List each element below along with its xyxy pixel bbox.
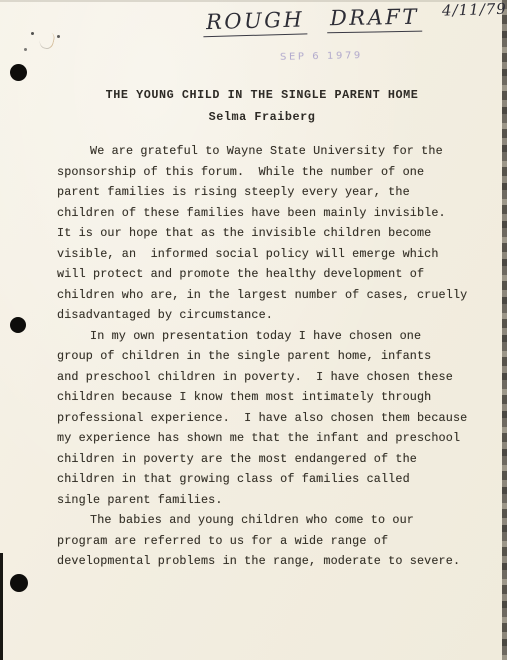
- title-block: THE YOUNG CHILD IN THE SINGLE PARENT HOM…: [57, 89, 467, 123]
- body-line: In my own presentation today I have chos…: [57, 326, 469, 347]
- body-line: parent families is rising steeply every …: [57, 182, 469, 203]
- body-line: children in poverty are the most endange…: [57, 449, 469, 470]
- body-line: disadvantaged by circumstance.: [57, 305, 469, 326]
- body-line: children who are, in the largest number …: [57, 285, 469, 306]
- body-line: The babies and young children who come t…: [57, 510, 469, 531]
- handwritten-date: 4/11/79: [442, 0, 507, 20]
- date-stamp: SEP 6 1979: [280, 50, 363, 63]
- body-line: my experience has shown me that the infa…: [57, 428, 469, 449]
- pencil-mark: [57, 35, 60, 38]
- body-line: It is our hope that as the invisible chi…: [57, 223, 469, 244]
- body-line: professional experience. I have also cho…: [57, 408, 469, 429]
- handwritten-annotation: ROUGH DRAFT 4/11/79: [203, 2, 507, 37]
- pencil-squiggle: [38, 31, 56, 51]
- body-line: children of these families have been mai…: [57, 203, 469, 224]
- binder-dot-bottom: [10, 574, 28, 592]
- body-line: sponsorship of this forum. While the num…: [57, 162, 469, 183]
- pencil-mark: [24, 48, 27, 51]
- binder-dot-middle: [10, 317, 26, 333]
- body-line: children because I know them most intima…: [57, 387, 469, 408]
- scan-edge-right: [502, 0, 507, 660]
- handwritten-word-draft: DRAFT: [327, 5, 422, 34]
- body-line: visible, an informed social policy will …: [57, 244, 469, 265]
- body-line: We are grateful to Wayne State Universit…: [57, 141, 469, 162]
- document-title: THE YOUNG CHILD IN THE SINGLE PARENT HOM…: [57, 89, 467, 101]
- pencil-mark: [31, 32, 34, 35]
- body-line: and preschool children in poverty. I hav…: [57, 367, 469, 388]
- body-line: developmental problems in the range, mod…: [57, 551, 469, 572]
- scan-edge-left-bottom: [0, 553, 3, 660]
- body-line: children in that growing class of famili…: [57, 469, 469, 490]
- document-author: Selma Fraiberg: [57, 111, 467, 123]
- body-line: will protect and promote the healthy dev…: [57, 264, 469, 285]
- body-line: group of children in the single parent h…: [57, 346, 469, 367]
- body-line: program are referred to us for a wide ra…: [57, 531, 469, 552]
- document-body: We are grateful to Wayne State Universit…: [57, 141, 469, 572]
- scanned-document-page: ROUGH DRAFT 4/11/79 SEP 6 1979 THE YOUNG…: [0, 0, 507, 660]
- body-line: single parent families.: [57, 490, 469, 511]
- binder-dot-top: [10, 64, 27, 81]
- scan-edge-top: [0, 0, 507, 2]
- handwritten-word-rough: ROUGH: [203, 7, 308, 37]
